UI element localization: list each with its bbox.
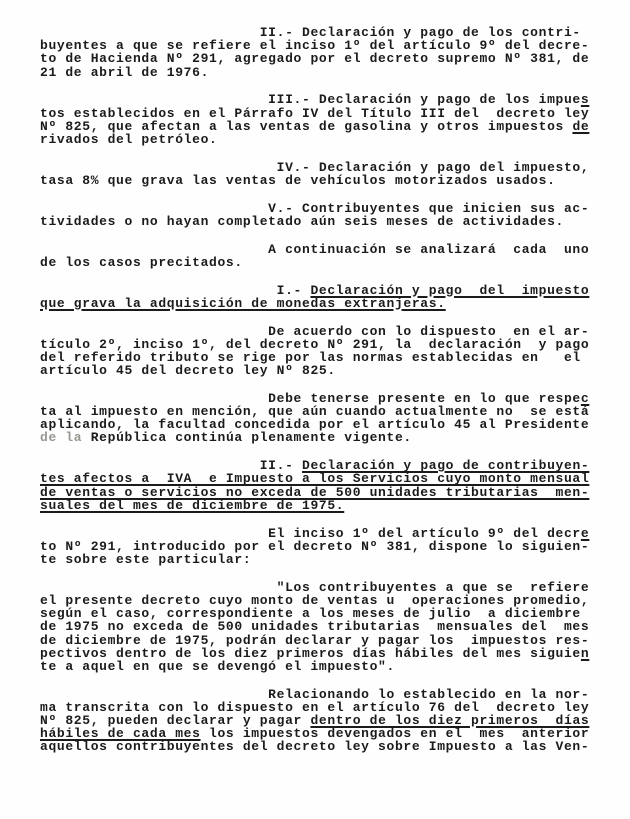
text-line: te sobre este particular: xyxy=(40,553,630,566)
text-segment: 21 de abril de 1976. xyxy=(40,65,209,80)
underlined-text: n xyxy=(581,646,589,661)
underlined-text: que grava la adquisición de monedas extr… xyxy=(40,296,446,311)
text-line: que grava la adquisición de monedas extr… xyxy=(40,297,630,310)
text-segment: te sobre este particular: xyxy=(40,552,251,567)
text-line: aquellos contribuyentes del decreto ley … xyxy=(40,740,630,753)
text-segment: tividades o no hayan completado aún seis… xyxy=(40,214,564,229)
paragraph: Debe tenerse presente en lo que respecta… xyxy=(40,392,630,445)
text-line: tasa 8% que grava las ventas de vehículo… xyxy=(40,174,630,187)
scanned-document: II.- Declaración y pago de los contri-bu… xyxy=(0,0,630,819)
text-segment: de la xyxy=(40,430,91,445)
text-segment: de los casos precitados. xyxy=(40,255,243,270)
text-segment: rivados del petróleo. xyxy=(40,132,217,147)
text-line: de los casos precitados. xyxy=(40,256,630,269)
text-line: te a aquel en que se devengó el impuesto… xyxy=(40,660,630,673)
text-line: suales del mes de diciembre de 1975. xyxy=(40,499,630,512)
paragraph: "Los contribuyentes a que se refiereel p… xyxy=(40,581,630,673)
paragraph: II.- Declaración y pago de los contri-bu… xyxy=(40,26,630,79)
paragraph: III.- Declaración y pago de los impuesto… xyxy=(40,93,630,146)
underlined-text: suales del mes de diciembre de 1975. xyxy=(40,498,344,513)
paragraph: Relacionando lo establecido en la nor-ma… xyxy=(40,688,630,754)
paragraph: V.- Contribuyentes que inicien sus ac-ti… xyxy=(40,202,630,228)
text-line: de la República continúa plenamente vige… xyxy=(40,431,630,444)
document-page: II.- Declaración y pago de los contri-bu… xyxy=(40,26,630,754)
paragraph: IV.- Declaración y pago del impuesto,tas… xyxy=(40,161,630,187)
text-segment: te a aquel en que se devengó el impuesto… xyxy=(40,659,395,674)
text-line: artículo 45 del decreto ley Nº 825. xyxy=(40,364,630,377)
paragraph: II.- Declaración y pago de contribuyen-t… xyxy=(40,459,630,512)
text-segment: República continúa plenamente vigente. xyxy=(91,430,412,445)
text-line: rivados del petróleo. xyxy=(40,133,630,146)
paragraph: El inciso 1º del artículo 9º del decreto… xyxy=(40,527,630,567)
text-line: tividades o no hayan completado aún seis… xyxy=(40,215,630,228)
text-segment: aquellos contribuyentes del decreto ley … xyxy=(40,739,589,754)
paragraph: A continuación se analizará cada unode l… xyxy=(40,243,630,269)
text-segment: tasa 8% que grava las ventas de vehículo… xyxy=(40,173,556,188)
text-segment: artículo 45 del decreto ley Nº 825. xyxy=(40,363,336,378)
paragraph: I.- Declaración y pago del impuestoque g… xyxy=(40,284,630,310)
underlined-text: de xyxy=(572,119,589,134)
text-line: 21 de abril de 1976. xyxy=(40,66,630,79)
paragraph: De acuerdo con lo dispuesto en el ar-tíc… xyxy=(40,325,630,378)
